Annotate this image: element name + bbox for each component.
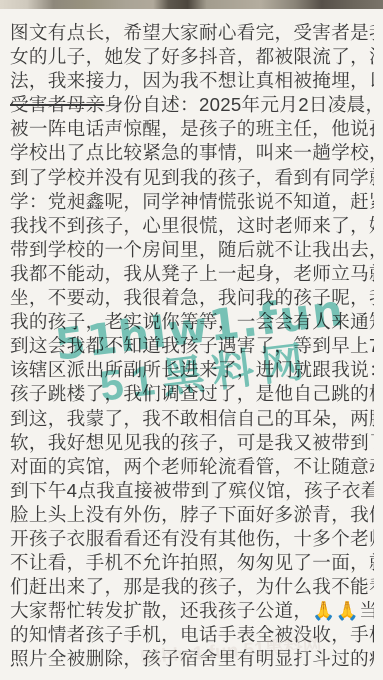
post-line: 孩子跳楼了，我们调查过了，是他自己跳的楼，听	[10, 382, 374, 406]
cropped-photo-strip	[0, 0, 383, 9]
post-line: 到了学校并没有见到我的孩子，看到有同学就问同	[10, 166, 374, 190]
post-line: 到下午4点我直接被带到了殡仪馆，孩子衣着整齐，	[10, 479, 374, 503]
post-line: 们赶出来了，那是我的孩子，为什么我不能看，请	[10, 575, 374, 599]
post-line: 受害者母亲身份自述：2025年元月2日凌晨，突然	[10, 93, 374, 117]
post-line: 我找不到孩子，心里很慌，这时老师来了，她把我	[10, 214, 374, 238]
post-line: 脸上头上没有外伤，脖子下面好多淤青，我们要掀	[10, 503, 374, 527]
post-line: 对面的宾馆，两个老师轮流看管，不让随意动，直	[10, 455, 374, 479]
post-line: 软，我好想见见我的孩子，可是我又被带到了学校	[10, 431, 374, 455]
post-line: 带到学校的一个房间里，随后就不让我出去，甚至	[10, 238, 374, 262]
post-line: 开孩子衣服看看还有没有其他伤，十多个老师拦着	[10, 527, 374, 551]
post-line: 的知情者孩子手机，电话手表全被没收，手机里的	[10, 623, 374, 647]
post-line-rest: 身份自述：2025年元月2日凌晨，突然	[104, 94, 374, 115]
post-line: 学：党昶鑫呢，同学神情慌张说不知道，赶紧跑了.	[10, 190, 374, 214]
post-line: 图文有点长，希望大家耐心看完，受害者是我外甥	[10, 21, 374, 45]
post-line: 我的孩子，老实说你等等，一会会有人来通知你，	[10, 310, 374, 334]
post-text-body: 图文有点长，希望大家耐心看完，受害者是我外甥 女的儿子，她发了好多抖音，都被限流…	[0, 9, 383, 672]
post-line-with-emoji: 大家帮忙转发扩散，还我孩子公道，🙏🙏当时所有	[10, 599, 374, 623]
post-line: 女的儿子，她发了好多抖音，都被限流了，没有办	[10, 45, 374, 69]
post-line: 该辖区派出所副所长进来了，进门就跟我说：你的	[10, 358, 374, 382]
post-line: 法，我来接力，因为我不想让真相被掩埋，以下以	[10, 69, 374, 93]
post-line: 坐，不要动，我很着急，我问我的孩子呢，我要见	[10, 286, 374, 310]
post-line: 到这会我都不知道我孩子遇害了，等到早上7点多，	[10, 334, 374, 358]
post-line: 到这，我蒙了，我不敢相信自己的耳朵，两腿发	[10, 407, 374, 431]
post-line: 我都不能动，我从凳子上一起身，老师立马就让我	[10, 262, 374, 286]
post-line: 学校出了点比较紧急的事情，叫来一趟学校，等我	[10, 141, 374, 165]
struck-text: 受害者母亲	[10, 94, 104, 115]
post-line: 被一阵电话声惊醒，是孩子的班主任，他说孩子在	[10, 117, 374, 141]
post-line: 不让看，手机不允许拍照，匆匆见了一面，就把我	[10, 551, 374, 575]
post-line: 照片全被删除，孩子宿舍里有明显打斗过的痕迹，	[10, 647, 374, 671]
